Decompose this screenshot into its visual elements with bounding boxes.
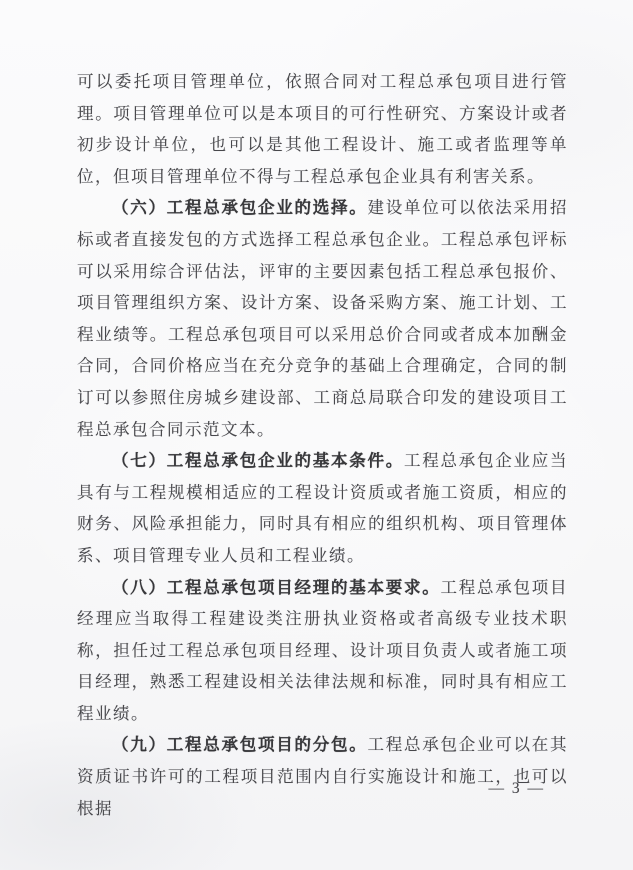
page-number: — 3 —	[489, 780, 546, 798]
paragraph: （九）工程总承包项目的分包。工程总承包企业可以在其资质证书许可的工程项目范围内自…	[77, 729, 568, 824]
paragraph-body: 建设单位可以依法采用招标或者直接发包的方式选择工程总承包企业。工程总承包评标可以…	[77, 198, 568, 438]
paragraph-body: 可以委托项目管理单位，依照合同对工程总承包项目进行管理。项目管理单位可以是本项目…	[77, 72, 568, 186]
paragraph-heading: （六）工程总承包企业的选择。	[112, 198, 368, 217]
paragraph: （八）工程总承包项目经理的基本要求。工程总承包项目经理应当取得工程建设类注册执业…	[77, 572, 568, 730]
paragraph: 可以委托项目管理单位，依照合同对工程总承包项目进行管理。项目管理单位可以是本项目…	[77, 66, 568, 192]
paragraph-body: 工程总承包项目经理应当取得工程建设类注册执业资格或者高级专业技术职称，担任过工程…	[77, 578, 568, 723]
paragraph: （六）工程总承包企业的选择。建设单位可以依法采用招标或者直接发包的方式选择工程总…	[77, 192, 568, 445]
paragraph-heading: （七）工程总承包企业的基本条件。	[112, 451, 404, 470]
document-text-block: 可以委托项目管理单位，依照合同对工程总承包项目进行管理。项目管理单位可以是本项目…	[77, 66, 568, 824]
paragraph: （七）工程总承包企业的基本条件。工程总承包企业应当具有与工程规模相适应的工程设计…	[77, 445, 568, 571]
paragraph-heading: （八）工程总承包项目经理的基本要求。	[112, 578, 441, 597]
scanned-document-page: 可以委托项目管理单位，依照合同对工程总承包项目进行管理。项目管理单位可以是本项目…	[0, 0, 633, 870]
paragraph-heading: （九）工程总承包项目的分包。	[112, 735, 368, 754]
